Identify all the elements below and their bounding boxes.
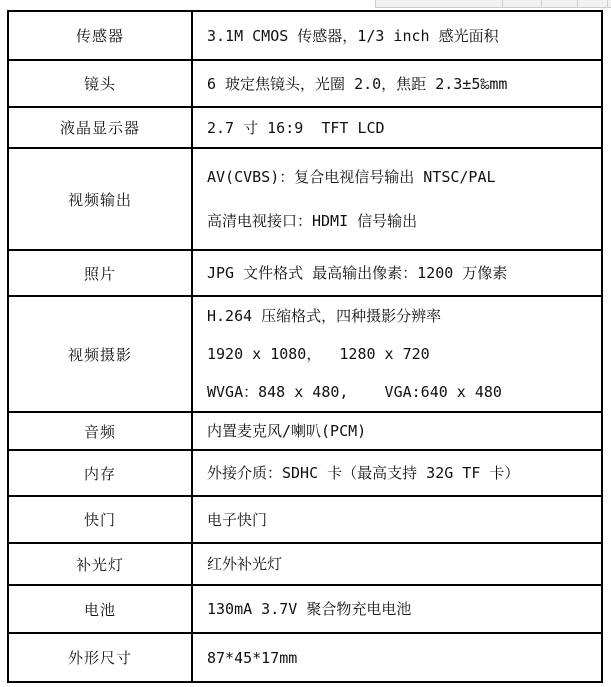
spec-value-line: 87*45*17mm	[207, 649, 593, 667]
spec-label: 快门	[9, 497, 193, 542]
spreadsheet-cell	[542, 0, 578, 7]
spec-label: 镜头	[9, 61, 193, 106]
spreadsheet-cell	[578, 0, 608, 7]
spec-value: 红外补光灯	[193, 544, 601, 584]
spec-label: 外形尺寸	[9, 634, 193, 681]
spec-label: 照片	[9, 251, 193, 295]
table-row: 液晶显示器2.7 寸 16:9 TFT LCD	[9, 106, 601, 147]
spec-label: 传感器	[9, 12, 193, 59]
table-row: 音频内置麦克风/喇叭(PCM)	[9, 411, 601, 449]
spec-label: 视频摄影	[9, 297, 193, 411]
table-row: 快门电子快门	[9, 495, 601, 542]
spec-value: 130mA 3.7V 聚合物充电电池	[193, 586, 601, 632]
spec-value: 6 玻定焦镜头，光圈 2.0，焦距 2.3±5‰mm	[193, 61, 601, 106]
spec-value-line: 内置麦克风/喇叭(PCM)	[207, 422, 593, 440]
table-row: 电池130mA 3.7V 聚合物充电电池	[9, 584, 601, 632]
spec-label: 电池	[9, 586, 193, 632]
spreadsheet-cells-remnant	[375, 0, 611, 8]
spec-value: 内置麦克风/喇叭(PCM)	[193, 413, 601, 449]
table-row: 视频摄影H.264 压缩格式，四种摄影分辨率1920 x 1080， 1280 …	[9, 295, 601, 411]
spec-value-line: 1920 x 1080， 1280 x 720	[207, 345, 593, 363]
spec-value: AV(CVBS)：复合电视信号输出 NTSC/PAL高清电视接口：HDMI 信号…	[193, 149, 601, 249]
spec-value-line: 电子快门	[207, 511, 593, 529]
spec-value-line: H.264 压缩格式，四种摄影分辨率	[207, 307, 593, 325]
table-row: 补光灯红外补光灯	[9, 542, 601, 584]
spec-value-line: 2.7 寸 16:9 TFT LCD	[207, 119, 593, 137]
table-row: 外形尺寸87*45*17mm	[9, 632, 601, 681]
spec-value: 3.1M CMOS 传感器，1/3 inch 感光面积	[193, 12, 601, 59]
spec-label: 视频输出	[9, 149, 193, 249]
spec-value-line: 高清电视接口：HDMI 信号输出	[207, 212, 593, 230]
spec-value-line: 6 玻定焦镜头，光圈 2.0，焦距 2.3±5‰mm	[207, 75, 593, 93]
spec-value-line: 3.1M CMOS 传感器，1/3 inch 感光面积	[207, 27, 593, 45]
spec-table: 传感器3.1M CMOS 传感器，1/3 inch 感光面积镜头6 玻定焦镜头，…	[7, 10, 603, 683]
table-row: 视频输出AV(CVBS)：复合电视信号输出 NTSC/PAL高清电视接口：HDM…	[9, 147, 601, 249]
spec-value: 87*45*17mm	[193, 634, 601, 681]
spec-label: 内存	[9, 451, 193, 495]
spec-value: 电子快门	[193, 497, 601, 542]
spec-value-line: JPG 文件格式 最高输出像素：1200 万像素	[207, 264, 593, 282]
spec-value-line: 130mA 3.7V 聚合物充电电池	[207, 600, 593, 618]
table-row: 内存外接介质：SDHC 卡（最高支持 32G TF 卡）	[9, 449, 601, 495]
spec-label: 液晶显示器	[9, 108, 193, 147]
table-row: 照片JPG 文件格式 最高输出像素：1200 万像素	[9, 249, 601, 295]
spec-value: 外接介质：SDHC 卡（最高支持 32G TF 卡）	[193, 451, 601, 495]
spreadsheet-cell	[376, 0, 503, 7]
spec-value-line: WVGA：848 x 480, VGA:640 x 480	[207, 383, 593, 401]
spreadsheet-cell	[503, 0, 542, 7]
spec-label: 音频	[9, 413, 193, 449]
table-row: 镜头6 玻定焦镜头，光圈 2.0，焦距 2.3±5‰mm	[9, 59, 601, 106]
spec-label: 补光灯	[9, 544, 193, 584]
table-row: 传感器3.1M CMOS 传感器，1/3 inch 感光面积	[9, 12, 601, 59]
spec-value: H.264 压缩格式，四种摄影分辨率1920 x 1080， 1280 x 72…	[193, 297, 601, 411]
spec-value: 2.7 寸 16:9 TFT LCD	[193, 108, 601, 147]
spec-value-line: 外接介质：SDHC 卡（最高支持 32G TF 卡）	[207, 464, 593, 482]
spec-value: JPG 文件格式 最高输出像素：1200 万像素	[193, 251, 601, 295]
spec-value-line: 红外补光灯	[207, 555, 593, 573]
spec-value-line: AV(CVBS)：复合电视信号输出 NTSC/PAL	[207, 168, 593, 186]
